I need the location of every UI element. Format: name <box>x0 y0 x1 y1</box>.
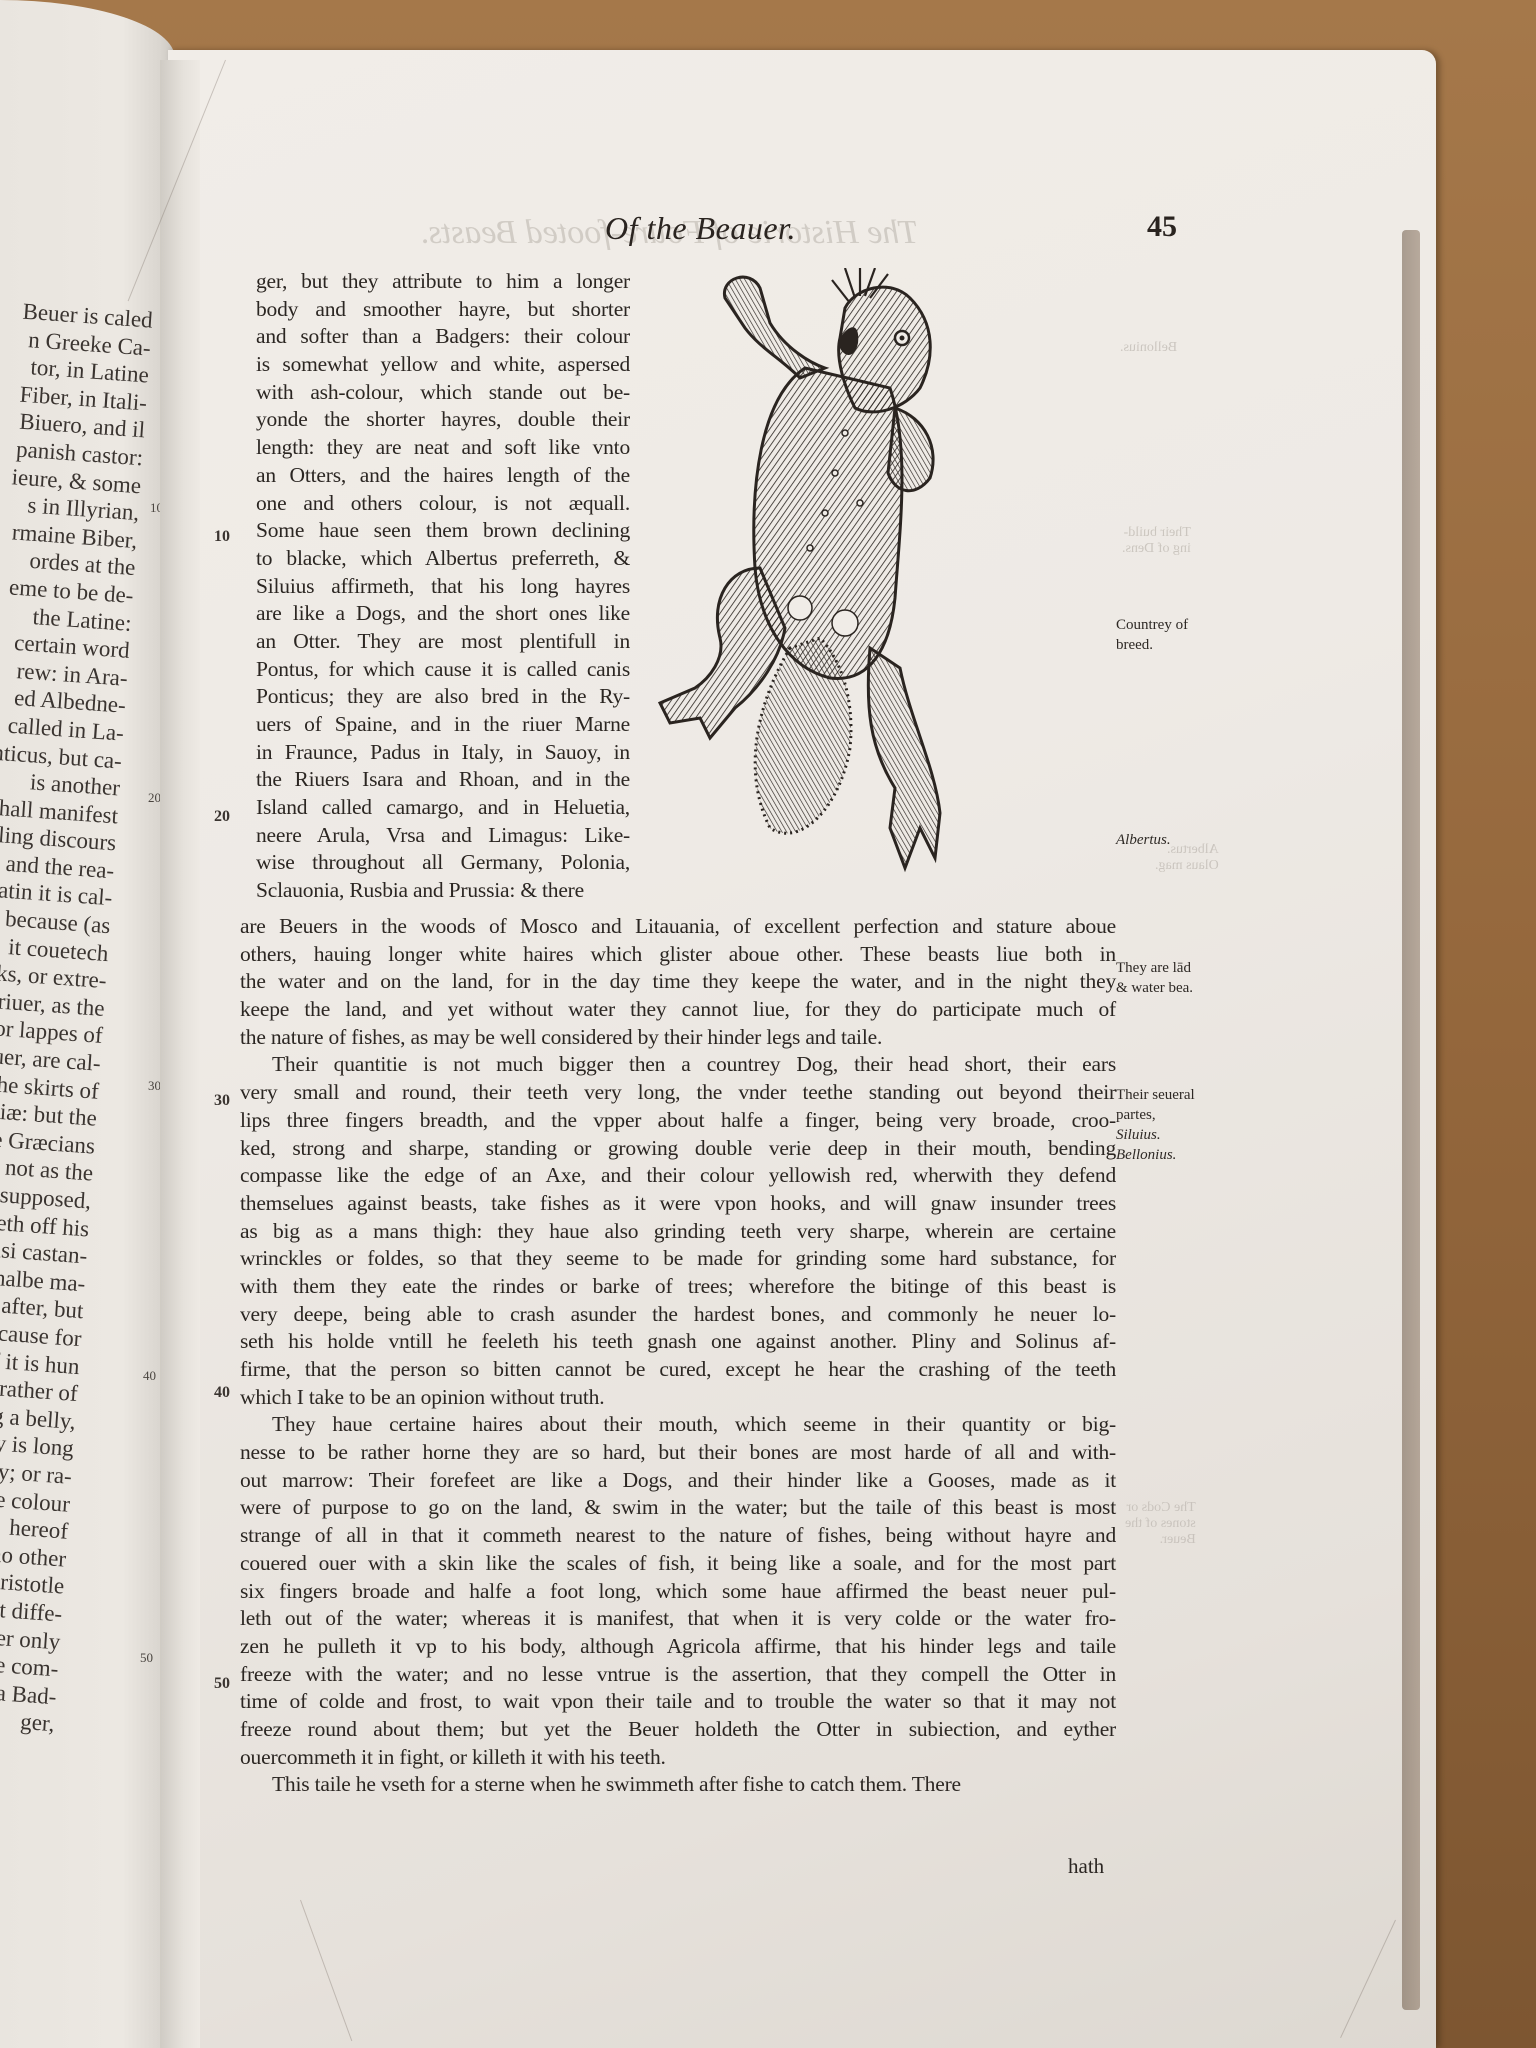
text-line: ouercommeth it in fight, or killeth it w… <box>240 1744 1116 1772</box>
running-title: Of the Beauer. <box>605 210 796 247</box>
text-line: six fingers broade and halfe a foot long… <box>240 1578 1116 1606</box>
bleed-through-note: Their build-ing of Dens. <box>1122 525 1191 557</box>
text-line: wise throughout all Germany, Polonia, <box>256 849 630 877</box>
text-line: very small and round, their teeth very l… <box>240 1079 1116 1107</box>
text-line: the nature of fishes, as may be well con… <box>240 1024 1116 1052</box>
text-line: They haue certaine haires about their mo… <box>240 1411 1116 1439</box>
text-line: as big as a mans thigh: they haue also g… <box>240 1218 1116 1246</box>
text-line: neere Arula, Vrsa and Limagus: Like- <box>256 822 630 850</box>
left-line-number-50: 50 <box>140 1650 153 1666</box>
sidenote-land-and-water: They are lād& water bea. <box>1116 958 1236 998</box>
text-line: strange of all in that it commeth neares… <box>240 1522 1116 1550</box>
text-line: the Riuers Isara and Rhoan, and in the <box>256 766 630 794</box>
text-line: one and others colour, is not æquall. <box>256 490 630 518</box>
bleed-through-note: The Cods orstones of theBeuer. <box>1125 1500 1196 1548</box>
text-line: and softer than a Badgers: their colour <box>256 323 630 351</box>
text-line: freeze round about them; but yet the Beu… <box>240 1716 1116 1744</box>
text-column-wide: are Beuers in the woods of Mosco and Lit… <box>240 913 1116 1799</box>
text-line: Their quantitie is not much bigger then … <box>240 1051 1116 1079</box>
text-line: ked, strong and sharpe, standing or grow… <box>240 1135 1116 1163</box>
line-number-30: 30 <box>200 1092 230 1110</box>
line-number-40: 40 <box>200 1384 230 1402</box>
sidenote-countrey-of-breed: Countrey ofbreed. <box>1116 615 1236 655</box>
text-line: couered ouer with a skin like the scales… <box>240 1550 1116 1578</box>
text-line: is somewhat yellow and white, aspersed <box>256 351 630 379</box>
text-line: Siluius affirmeth, that his long hayres <box>256 573 630 601</box>
beaver-woodcut-icon <box>650 268 1010 888</box>
left-line-number-40: 40 <box>143 1368 156 1384</box>
text-line: length: they are neat and soft like vnto <box>256 434 630 462</box>
text-line: keepe the land, and yet without water th… <box>240 996 1116 1024</box>
bleed-through-note: Bellonius. <box>1120 340 1177 356</box>
line-number-50: 50 <box>200 1675 230 1693</box>
text-line: themselues against beasts, take fishes a… <box>240 1190 1116 1218</box>
text-line: This taile he vseth for a sterne when he… <box>240 1771 1116 1799</box>
sidenote-albertus: Albertus. <box>1116 830 1236 850</box>
text-line: wrinckles or foldes, so that they seeme … <box>240 1245 1116 1273</box>
line-number-20: 20 <box>200 808 230 826</box>
text-line: others, hauing longer white haires which… <box>240 941 1116 969</box>
text-line: compasse like the edge of an Axe, and th… <box>240 1162 1116 1190</box>
page-edge-shadow <box>1402 230 1420 2010</box>
text-line: firme, that the person so bitten cannot … <box>240 1356 1116 1384</box>
text-line: body and smoother hayre, but shorter <box>256 296 630 324</box>
text-line: Island called camargo, and in Heluetia, <box>256 794 630 822</box>
left-page-text: Beuer is caledn Greeke Ca-tor, in Latine… <box>0 296 160 1739</box>
text-line: an Otter. They are most plentifull in <box>256 628 630 656</box>
text-line: with them they eate the rindes or barke … <box>240 1273 1116 1301</box>
left-page-fragment: Beuer is caledn Greeke Ca-tor, in Latine… <box>0 0 175 2048</box>
sidenote-several-parts: Their seueralpartes, Siluius.Bellonius. <box>1116 1085 1236 1165</box>
text-line: an Otters, and the haires length of the <box>256 462 630 490</box>
text-line: to blacke, which Albertus preferreth, & <box>256 545 630 573</box>
text-line: uers of Spaine, and in the riuer Marne <box>256 711 630 739</box>
text-line: in Fraunce, Padus in Italy, in Sauoy, in <box>256 739 630 767</box>
text-line: which I take to be an opinion without tr… <box>240 1384 1116 1412</box>
book-gutter <box>160 60 200 2048</box>
text-line: the water and on the land, for in the da… <box>240 968 1116 996</box>
text-line: time of colde and frost, to wait vpon th… <box>240 1688 1116 1716</box>
text-line: nesse to be rather horne they are so har… <box>240 1439 1116 1467</box>
text-line: zen he pulleth it vp to his body, althou… <box>240 1633 1116 1661</box>
text-line: Sclauonia, Rusbia and Prussia: & there <box>256 877 630 905</box>
text-line: Pontus, for which cause it is called can… <box>256 656 630 684</box>
line-number-10: 10 <box>200 528 230 546</box>
catchword: hath <box>1068 1854 1104 1879</box>
text-line: are like a Dogs, and the short ones like <box>256 600 630 628</box>
text-line: Some haue seen them brown declining <box>256 517 630 545</box>
text-column-narrow: ger, but they attribute to him a longerb… <box>256 268 630 905</box>
text-line: Ponticus; they are also bred in the Ry- <box>256 683 630 711</box>
text-line: very deepe, being able to crash asunder … <box>240 1301 1116 1329</box>
text-line: freeze with the water; and no lesse vntr… <box>240 1661 1116 1689</box>
text-line: are Beuers in the woods of Mosco and Lit… <box>240 913 1116 941</box>
text-line: seth his holde vntill he feeleth his tee… <box>240 1328 1116 1356</box>
text-line: yonde the shorter hayres, double their <box>256 406 630 434</box>
text-line: out marrow: Their forefeet are like a Do… <box>240 1467 1116 1495</box>
page-number: 45 <box>1147 210 1177 244</box>
text-line: were of purpose to go on the land, & swi… <box>240 1494 1116 1522</box>
text-line: ger, but they attribute to him a longer <box>256 268 630 296</box>
text-line: with ash-colour, which stande out be- <box>256 379 630 407</box>
text-line: leth out of the water; whereas it is man… <box>240 1605 1116 1633</box>
text-line: lips three fingers breadth, and the vppe… <box>240 1107 1116 1135</box>
